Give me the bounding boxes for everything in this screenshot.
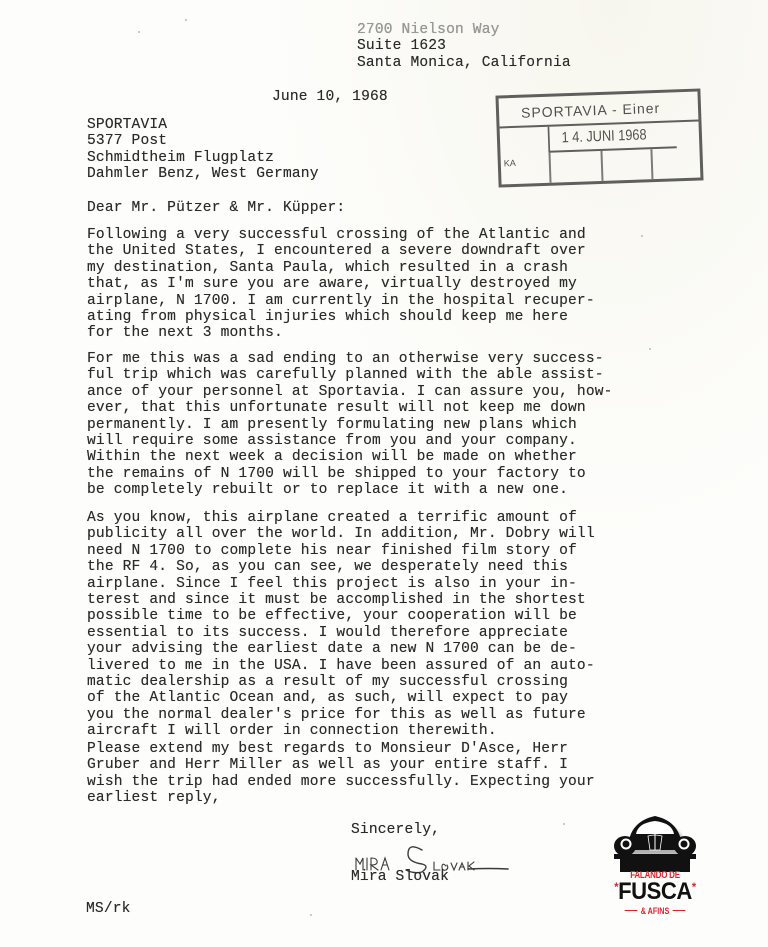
watermark-fusca-text: FUSCA xyxy=(618,878,692,905)
paragraph-line: Within the next week a decision will be … xyxy=(87,449,577,465)
paragraph-line: you the normal dealer's price for this a… xyxy=(87,707,586,723)
paragraph-line: airplane, N 1700. I am currently in the … xyxy=(87,293,595,309)
stamp-left-cell xyxy=(500,127,549,155)
body-paragraph-1: Following a very successful crossing of … xyxy=(87,227,595,342)
paragraph-line: possible time to be effective, your coop… xyxy=(87,608,577,624)
stamp-cell-divider xyxy=(650,149,653,179)
paragraph-line: airplane. Since I feel this project is a… xyxy=(87,576,577,592)
paragraph-line: livered to me in the USA. I have been as… xyxy=(87,658,595,674)
stamp-cell-divider xyxy=(600,151,603,181)
stamp-cell-divider xyxy=(548,153,551,183)
paragraph-line: ful trip which was carefully planned wit… xyxy=(87,367,604,383)
body-paragraph-3: As you know, this airplane created a ter… xyxy=(87,510,595,740)
typed-signatory-name: Mira Slovak xyxy=(351,869,449,885)
stamp-bottom-row: KA xyxy=(501,148,701,185)
paragraph-line: aircraft I will order in connection ther… xyxy=(87,723,497,739)
paper-speck xyxy=(185,19,187,21)
received-stamp: SPORTAVIA - Einer 1 4. JUNI 1968 KA xyxy=(495,88,703,187)
paragraph-line: your advising the earliest date a new N … xyxy=(87,641,577,657)
paragraph-line: that, as I'm sure you are aware, virtual… xyxy=(87,276,577,292)
paragraph-line: of the Atlantic Ocean and, as such, will… xyxy=(87,690,568,706)
paragraph-line: need N 1700 to complete his near finishe… xyxy=(87,543,577,559)
paragraph-line: permanently. I am presently formulating … xyxy=(87,417,577,433)
recipient-address: SPORTAVIA 5377 Post Schmidtheim Flugplat… xyxy=(87,117,319,183)
paragraph-line: terest and since it must be accomplished… xyxy=(87,592,586,608)
paragraph-line: ating from physical injuries which shoul… xyxy=(87,309,568,325)
sender-address-line-2: Suite 1623 xyxy=(357,38,446,54)
paragraph-line: be completely rebuilt or to replace it w… xyxy=(87,482,568,498)
paper-speck xyxy=(138,31,140,33)
recipient-line-2: 5377 Post xyxy=(87,133,167,149)
paragraph-line: Gruber and Herr Miller as well as your e… xyxy=(87,757,568,773)
sender-address-line-3: Santa Monica, California xyxy=(357,55,571,71)
beetle-car-icon xyxy=(600,812,710,872)
letter-page: 2700 Nielson Way Suite 1623 Santa Monica… xyxy=(0,0,768,947)
paragraph-line: As you know, this airplane created a ter… xyxy=(87,510,577,526)
paper-speck xyxy=(641,235,643,237)
recipient-line-1: SPORTAVIA xyxy=(87,117,167,133)
paragraph-line: the RF 4. So, as you can see, we despera… xyxy=(87,559,568,575)
typist-initials: MS/rk xyxy=(86,901,131,917)
paragraph-line: Following a very successful crossing of … xyxy=(87,227,586,243)
paragraph-line: matic dealership as a result of my succe… xyxy=(87,674,568,690)
paragraph-line: my destination, Santa Paula, which resul… xyxy=(87,260,568,276)
paragraph-line: the remains of N 1700 will be shipped to… xyxy=(87,466,586,482)
stamp-corner-label: KA xyxy=(504,158,516,168)
paper-speck xyxy=(649,348,651,350)
body-paragraph-4: Please extend my best regards to Monsieu… xyxy=(87,741,595,807)
sender-address: 2700 Nielson Way Suite 1623 Santa Monica… xyxy=(357,22,571,71)
paragraph-line: ance of your personnel at Sportavia. I c… xyxy=(87,384,613,400)
star-icon: * xyxy=(692,880,696,894)
paragraph-line: wish the trip had ended more successfull… xyxy=(87,774,595,790)
paragraph-line: the United States, I encountered a sever… xyxy=(87,243,586,259)
divider xyxy=(672,910,685,912)
body-paragraph-2: For me this was a sad ending to an other… xyxy=(87,351,613,499)
paragraph-line: earliest reply, xyxy=(87,790,221,806)
paragraph-line: Please extend my best regards to Monsieu… xyxy=(87,741,568,757)
paper-speck xyxy=(310,914,312,916)
recipient-line-4: Dahmler Benz, West Germany xyxy=(87,166,319,182)
watermark-afins-text: & AFINS xyxy=(641,906,670,916)
paragraph-line: essential to its success. I would theref… xyxy=(87,625,568,641)
paragraph-line: for the next 3 months. xyxy=(87,325,283,341)
paragraph-line: publicity all over the world. In additio… xyxy=(87,526,595,542)
watermark-logo: FALANDO DE *FUSCA* & AFINS xyxy=(600,812,710,930)
watermark-line-3: & AFINS xyxy=(611,906,699,916)
paragraph-line: will require some assistance from you an… xyxy=(87,433,577,449)
sender-address-line-1: 2700 Nielson Way xyxy=(357,22,500,38)
paragraph-line: ever, that this unfortunate result will … xyxy=(87,400,586,416)
salutation: Dear Mr. Pützer & Mr. Küpper: xyxy=(87,200,345,216)
divider xyxy=(625,910,638,912)
paper-speck xyxy=(563,823,565,825)
letter-date: June 10, 1968 xyxy=(272,89,388,105)
watermark-line-2: *FUSCA* xyxy=(604,878,705,906)
paragraph-line: For me this was a sad ending to an other… xyxy=(87,351,604,367)
recipient-line-3: Schmidtheim Flugplatz xyxy=(87,150,274,166)
